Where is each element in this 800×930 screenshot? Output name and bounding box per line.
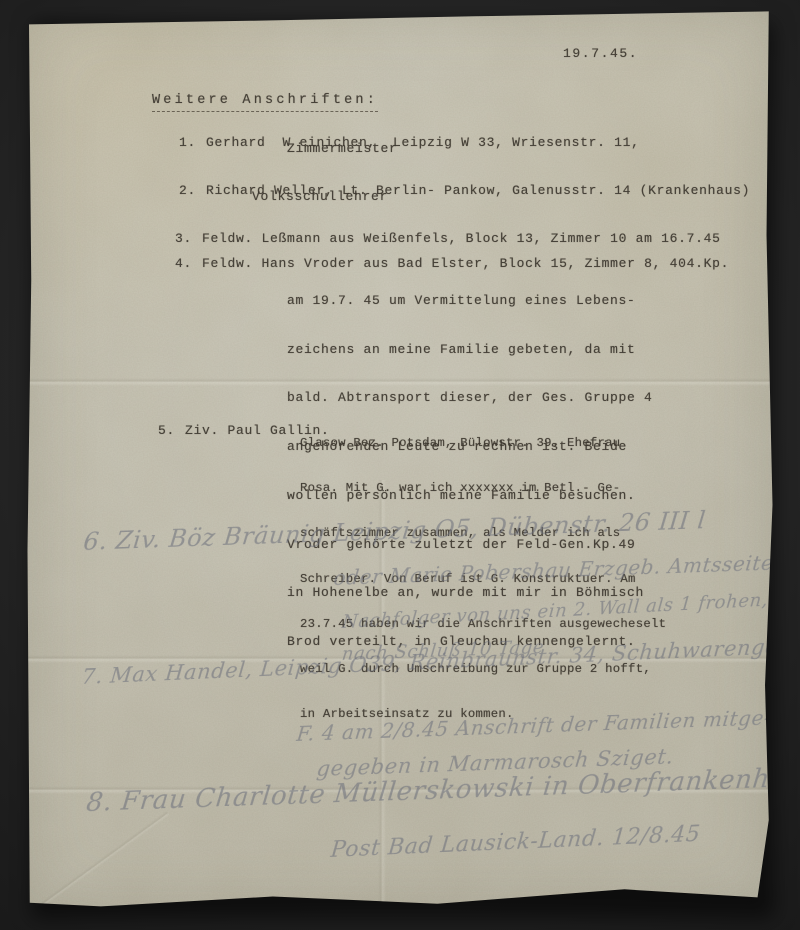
entry-2-number: 2. bbox=[179, 183, 196, 198]
entry-4-number: 4. bbox=[175, 256, 192, 271]
entry-1-profession: Zimmermeister bbox=[287, 141, 398, 156]
entry-1-text: Gerhard W einichen, Leipzig W 33, Wriese… bbox=[206, 135, 640, 150]
entry-5-number: 5. bbox=[158, 423, 175, 438]
entry-2-line: 2.Richard Weller, Lt. Berlin- Pankow, Ga… bbox=[128, 168, 750, 213]
fold-crease-diagonal bbox=[26, 811, 170, 910]
entry-4-detail-line: bald. Abtransport dieser, der Ges. Grupp… bbox=[287, 389, 653, 408]
entry-5-detail-line: Rosa. Mit G. war ich xxxxxxx im Betl.- G… bbox=[300, 480, 666, 497]
document-date: 19.7.45. bbox=[563, 46, 638, 61]
entry-5-line: 5.Ziv. Paul Gallin. bbox=[107, 408, 330, 453]
entry-4-detail-line: zeichens an meine Familie gebeten, da mi… bbox=[287, 341, 653, 360]
entry-1-number: 1. bbox=[179, 135, 196, 150]
document-title: Weitere Anschriften: bbox=[152, 93, 378, 112]
entry-2-profession: Volksschullehrer bbox=[252, 189, 388, 204]
entry-4-detail-line: am 19.7. 45 um Vermittelung eines Lebens… bbox=[287, 292, 653, 311]
entry-5-detail-line: Glasow Bez. Potsdam, Bülowstr. 39. Ehefr… bbox=[300, 435, 666, 452]
document-page: 19.7.45. Weitere Anschriften: 1.Gerhard … bbox=[26, 10, 774, 910]
photo-background: 19.7.45. Weitere Anschriften: 1.Gerhard … bbox=[0, 0, 800, 930]
